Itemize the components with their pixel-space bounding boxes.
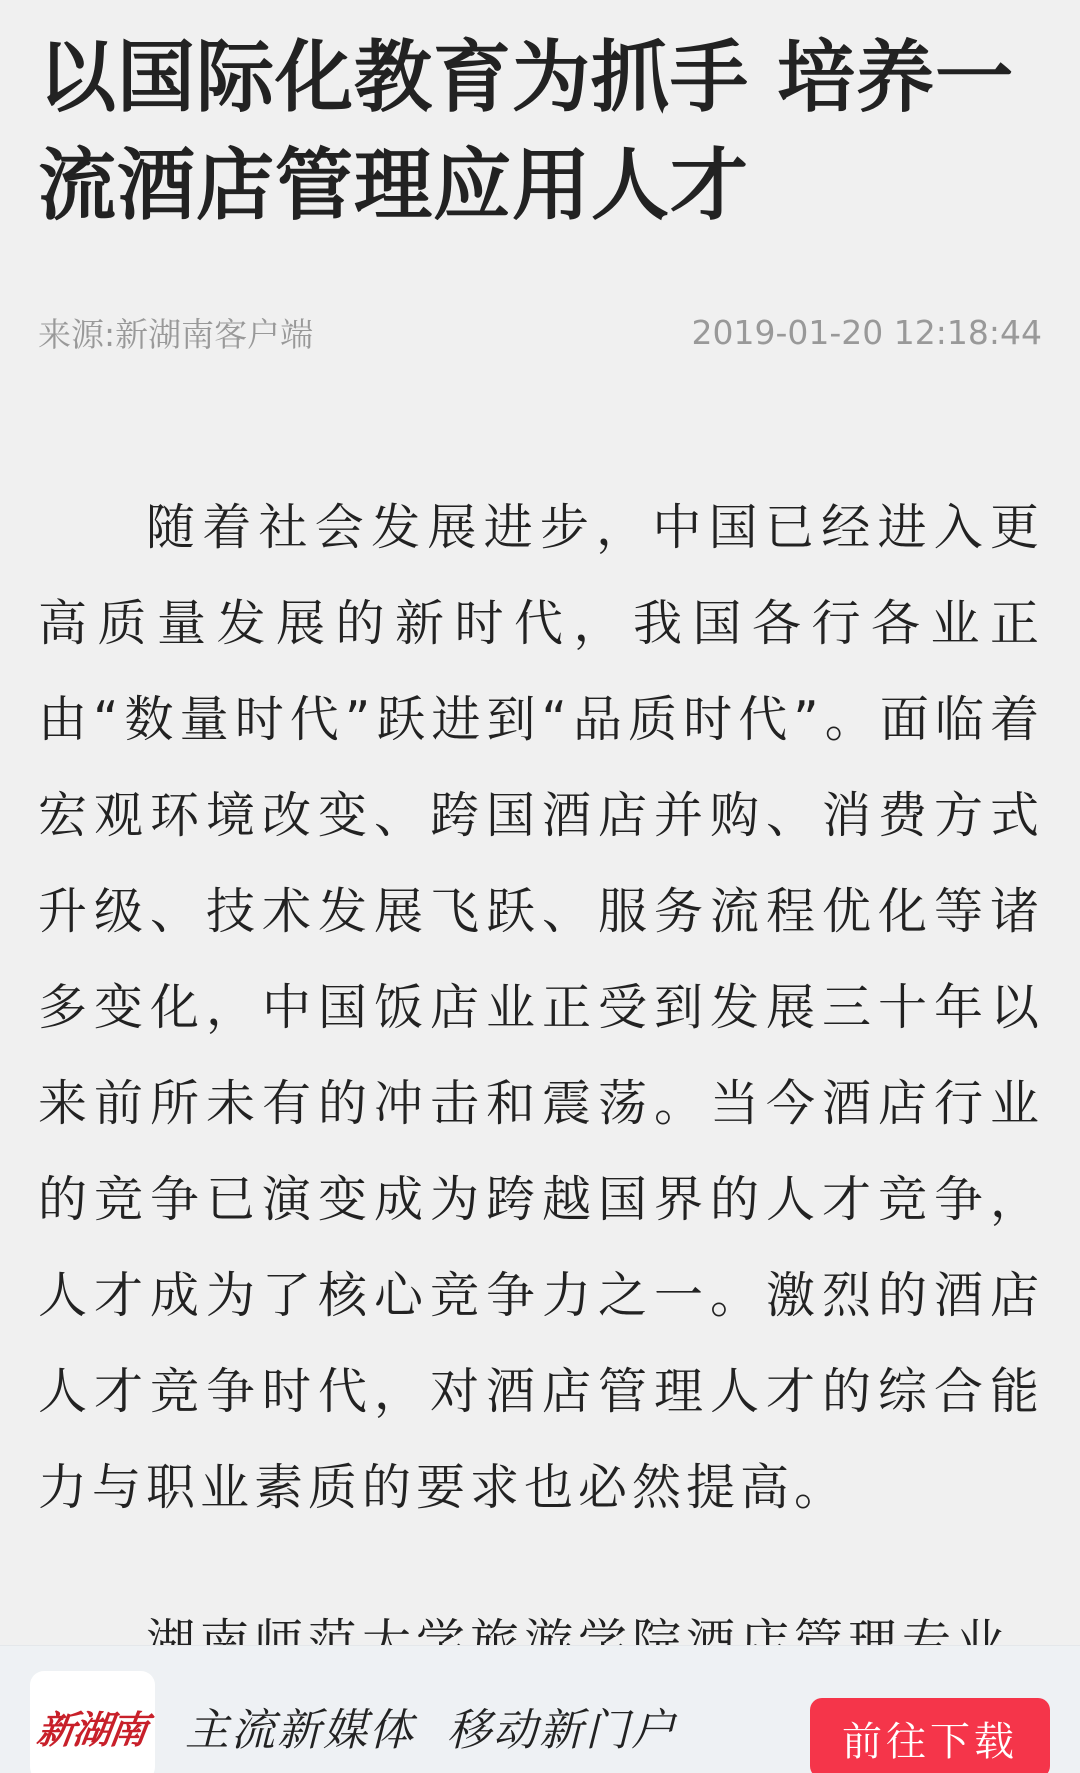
article-meta: 来源:新湖南客户端 2019-01-20 12:18:44 [38,310,1042,354]
banner-slogan: 主流新媒体 移动新门户 [185,1694,677,1758]
app-logo: 新湖南 [30,1671,155,1773]
article-timestamp: 2019-01-20 12:18:44 [692,313,1042,352]
article-title: 以国际化教育为抓手 培养一流酒店管理应用人才 [38,24,1048,240]
download-button[interactable]: 前往下载 [810,1698,1050,1773]
article-source: 来源:新湖南客户端 [38,309,313,356]
logo-icon: 新湖南 [35,1699,151,1754]
article-paragraph: 随着社会发展进步，中国已经进入更高质量发展的新时代，我国各行各业正由“数量时代”… [38,480,1044,1536]
app-download-banner: 新湖南 主流新媒体 移动新门户 前往下载 [0,1645,1080,1773]
